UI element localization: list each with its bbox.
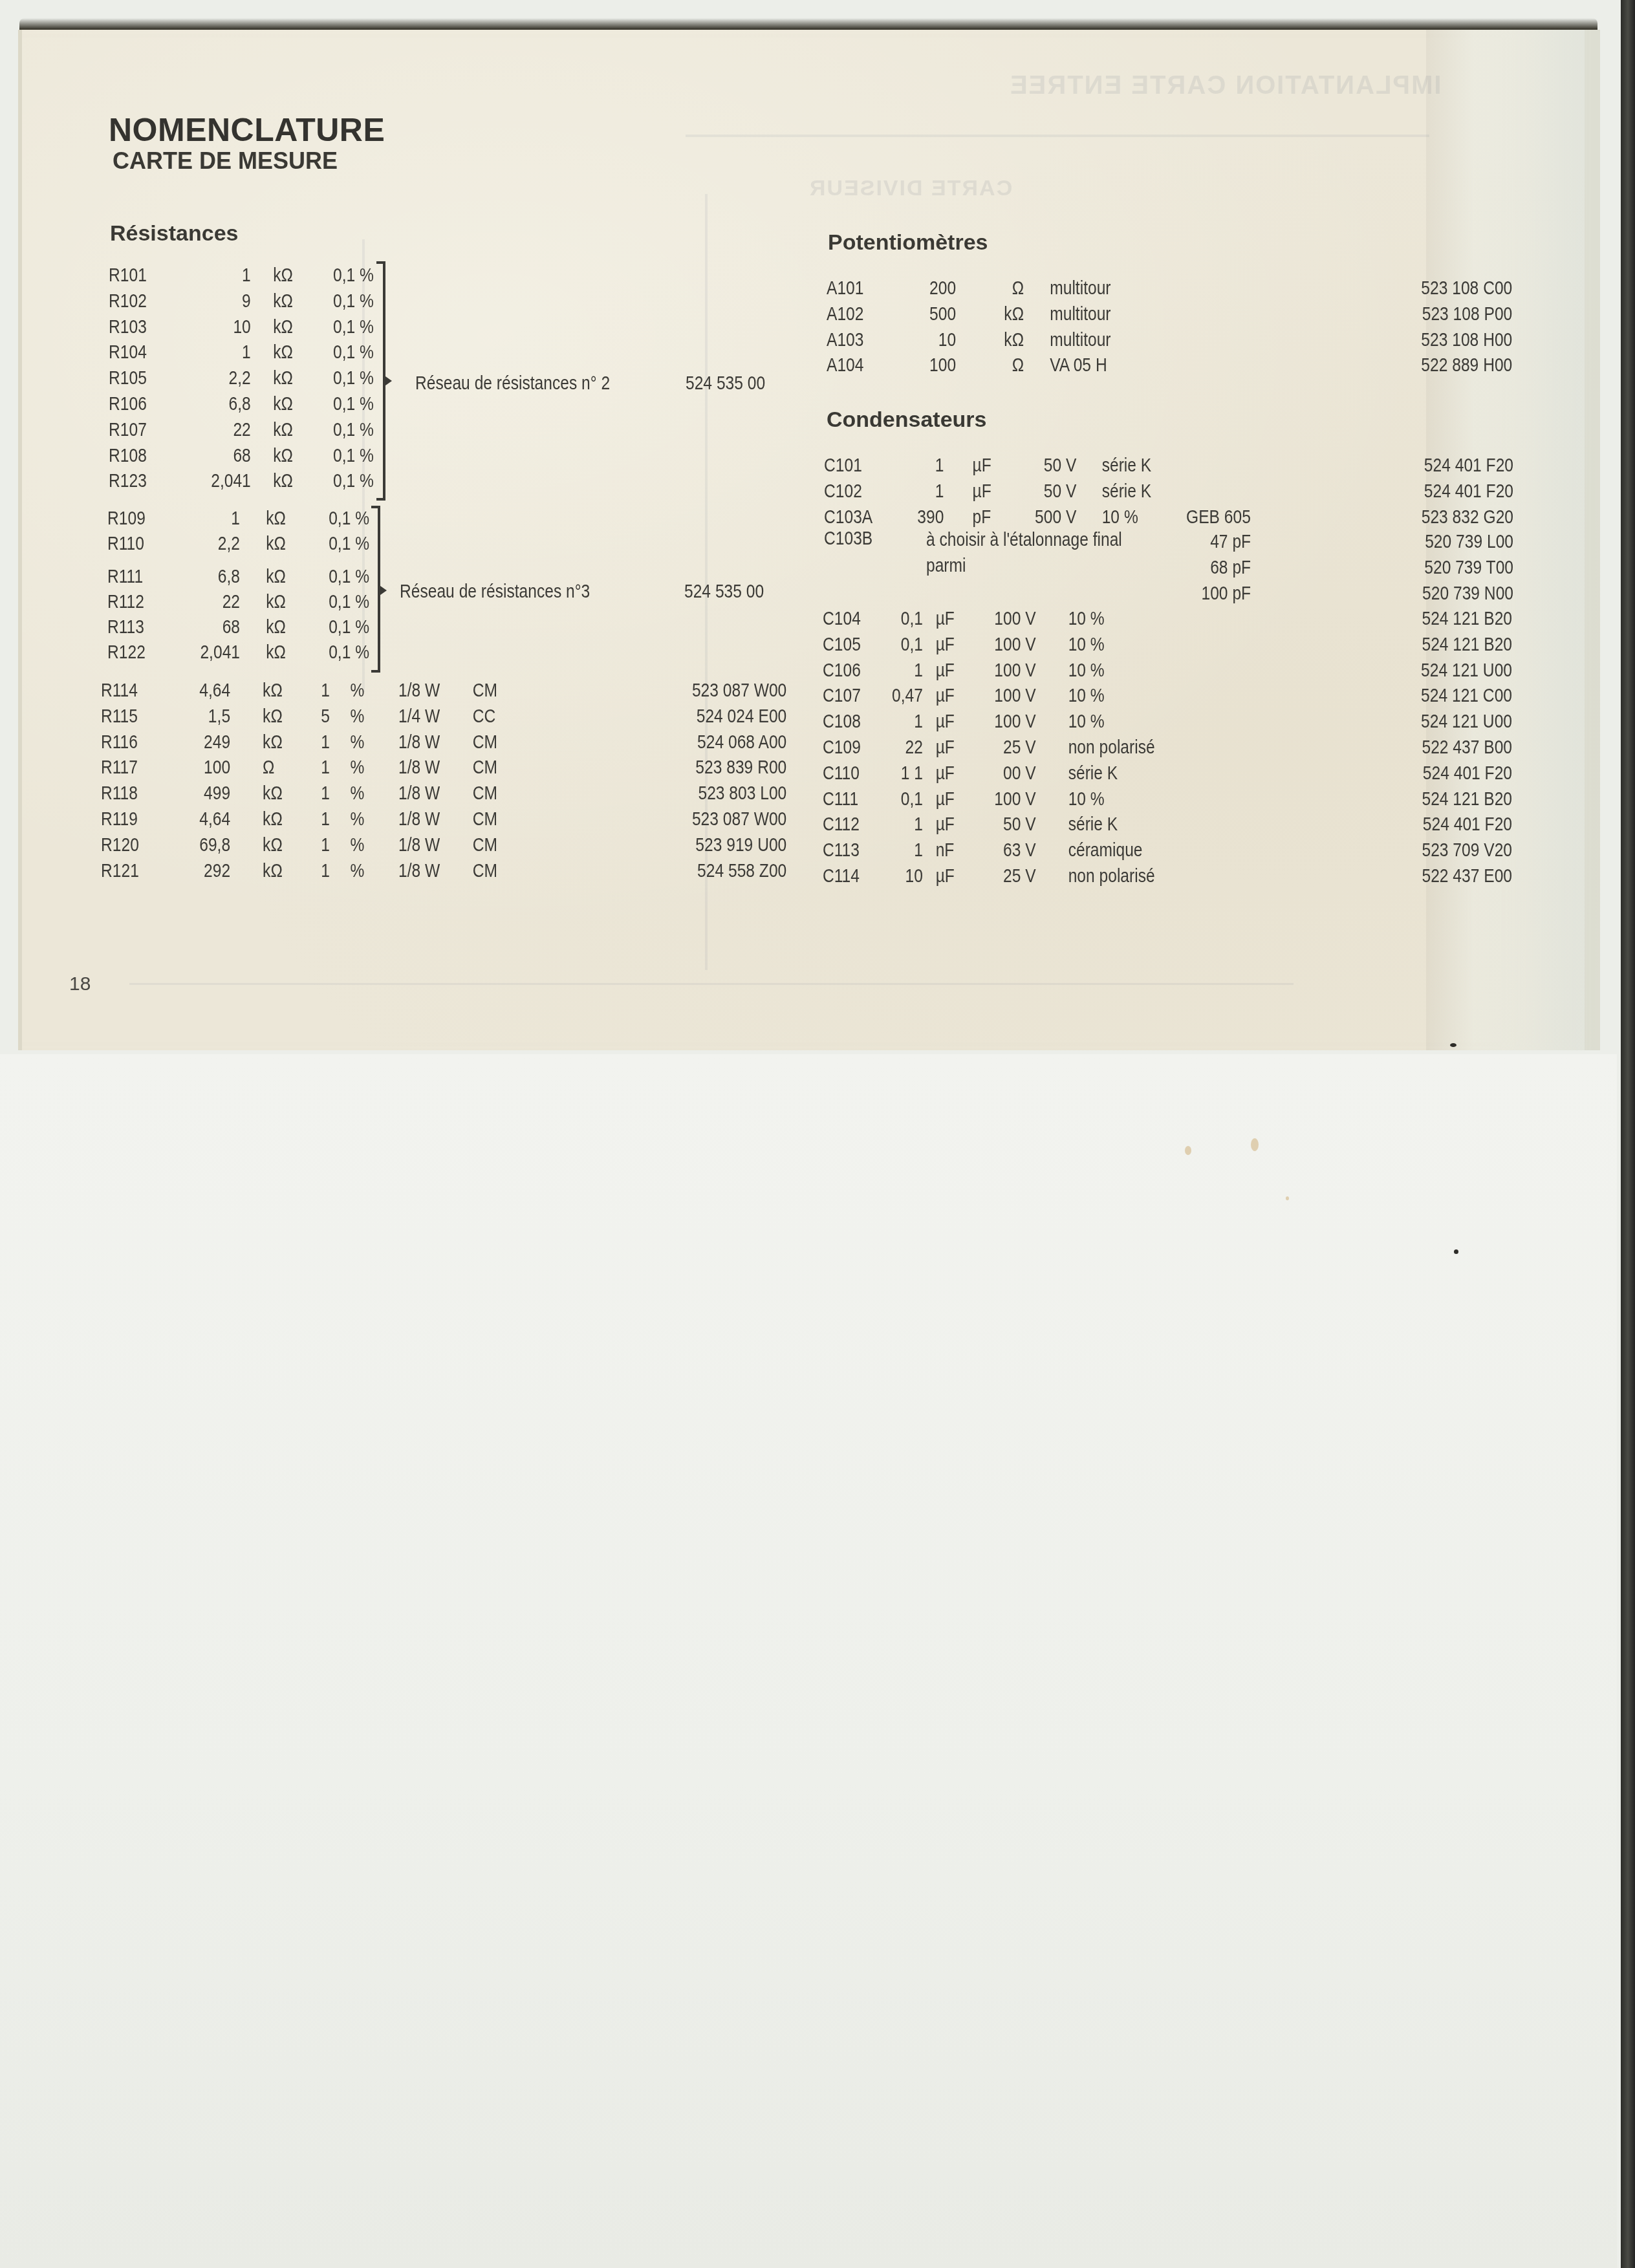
cell-desc: 10 %	[1102, 505, 1138, 530]
cell-tol: 1	[321, 755, 330, 780]
cell-value: 22	[155, 418, 251, 442]
table-row: R1222,041kΩ0,1 %	[107, 640, 744, 665]
cell-tol: 0,1 %	[322, 590, 369, 614]
table-row: C10922µF25 Vnon polarisé522 437 B00	[823, 735, 1459, 760]
table-row: R1144,64kΩ1%1/8 WCM523 087 W00	[101, 678, 737, 703]
cell-value: 68	[146, 615, 240, 640]
table-row: R1232,041kΩ0,1 %	[109, 469, 745, 493]
show-through-line	[686, 135, 1429, 137]
cell-tol: 5	[321, 704, 330, 729]
cell-value: 1	[155, 263, 251, 288]
cell-tol: 0,1 %	[329, 315, 374, 340]
cell-unit: kΩ	[273, 444, 293, 468]
cell-desc: multitour	[1050, 302, 1110, 327]
table-row: C1081µF100 V10 %524 121 U00	[823, 709, 1459, 734]
cell-value: 1	[155, 340, 251, 365]
cell-value: 1	[850, 453, 944, 478]
cell-pct: %	[350, 704, 364, 729]
cell-ref: A103	[827, 328, 863, 352]
cell-unit: kΩ	[263, 859, 283, 883]
cell-voltage: 100 V	[965, 607, 1036, 631]
cell-unit: µF	[973, 453, 991, 478]
cell-unit: µF	[936, 709, 955, 734]
section-heading-resistances: Résistances	[110, 221, 238, 246]
cell-power: 1/8 W	[398, 730, 440, 755]
bracket-pointer-icon	[380, 586, 387, 595]
cell-voltage: 100 V	[965, 658, 1036, 683]
cell-ref: R105	[109, 366, 147, 391]
backing-sheet	[0, 1054, 1617, 2268]
cell-code: 523 108 P00	[1409, 302, 1512, 327]
cell-desc: céramique	[1068, 838, 1143, 863]
cell-tol: 0,1 %	[329, 340, 374, 365]
cell-code: 523 108 C00	[1409, 276, 1512, 301]
cell-type: CC	[473, 704, 496, 729]
cell-ref: A104	[827, 353, 863, 378]
table-row: R1151,5kΩ5%1/4 WCC524 024 E00	[101, 704, 737, 729]
cell-desc: VA 05 H	[1050, 353, 1107, 378]
cell-type: CM	[473, 781, 497, 806]
table-row: R1041kΩ0,1 %	[109, 340, 745, 365]
cell-desc: série K	[1102, 453, 1152, 478]
cell-unit: kΩ	[263, 678, 283, 703]
cell-desc: 10 %	[1068, 658, 1105, 683]
cell-ref: R123	[109, 469, 147, 493]
bracket-network-3	[371, 506, 380, 673]
cell-desc: 10 %	[1068, 709, 1105, 734]
scan-speck	[1450, 1043, 1456, 1047]
cell-desc: multitour	[1050, 276, 1110, 301]
cell-desc: 10 %	[1068, 607, 1105, 631]
cell-code: 523 087 W00	[683, 807, 786, 832]
cell-code: 524 401 F20	[1405, 812, 1512, 837]
cell-unit: µF	[936, 632, 955, 657]
table-row: A102500kΩmultitour523 108 P00	[827, 302, 1463, 327]
cell-code: 522 889 H00	[1409, 353, 1512, 378]
cell-code: 523 087 W00	[683, 678, 786, 703]
bracket-pointer-icon	[385, 376, 392, 385]
cell-value: 499	[127, 781, 230, 806]
cell-code: 524 121 B20	[1405, 632, 1512, 657]
cell-desc: série K	[1068, 812, 1118, 837]
table-row: R10722kΩ0,1 %	[109, 418, 745, 442]
cell-unit: kΩ	[273, 392, 293, 416]
cell-ref: R104	[109, 340, 147, 365]
table-row: R117100Ω1%1/8 WCM523 839 R00	[101, 755, 737, 780]
table-row: R1091kΩ0,1 %	[107, 506, 744, 531]
cell-tol: 0,1 %	[329, 366, 374, 391]
cell-value: 0,1	[849, 787, 923, 812]
table-row: R1102,2kΩ0,1 %	[107, 532, 744, 556]
cell-code: 524 121 B20	[1405, 787, 1512, 812]
cell-desc: non polarisé	[1068, 735, 1155, 760]
cell-unit: µF	[936, 684, 955, 708]
cell-value: 0,1	[849, 607, 923, 631]
section-heading-condensateurs: Condensateurs	[827, 407, 987, 433]
cell-ref: R122	[107, 640, 146, 665]
cell-voltage: 00 V	[965, 761, 1036, 786]
cell-code: 524 121 U00	[1405, 709, 1512, 734]
table-row: C1110,1µF100 V10 %524 121 B20	[823, 787, 1459, 812]
cell-desc: 10 %	[1068, 684, 1105, 708]
table-row: C103A390pF500 V10 %GEB 605523 832 G20	[824, 505, 1460, 530]
cell-ref: R102	[109, 289, 147, 314]
scan-speck	[1454, 1249, 1458, 1254]
section-heading-potentiometres: Potentiomètres	[828, 230, 988, 255]
table-row: C1070,47µF100 V10 %524 121 C00	[823, 684, 1459, 708]
cell-value: 69,8	[127, 833, 230, 858]
cell-tol: 0,1 %	[322, 532, 369, 556]
cell-value: 10	[849, 864, 923, 889]
cell-ref: R112	[107, 590, 144, 614]
cell-type: CM	[473, 755, 497, 780]
cell-value: 1	[849, 838, 923, 863]
network-2-label: Réseau de résistances n° 2	[415, 373, 610, 394]
cell-power: 1/8 W	[398, 755, 440, 780]
cell-code: 524 558 Z00	[683, 859, 786, 883]
cell-desc: non polarisé	[1068, 864, 1155, 889]
cell-value: 2,041	[155, 469, 251, 493]
network-2-code: 524 535 00	[686, 373, 765, 394]
table-row: C11410µF25 Vnon polarisé522 437 E00	[823, 864, 1459, 889]
cell-value: 1 1	[849, 761, 923, 786]
table-row: A101200Ωmultitour523 108 C00	[827, 276, 1463, 301]
cell-value: 6,8	[155, 392, 251, 416]
table-row: R121292kΩ1%1/8 WCM524 558 Z00	[101, 859, 737, 883]
cell-code: 524 024 E00	[683, 704, 786, 729]
cell-tol: 0,1 %	[322, 565, 369, 589]
cell-ref: R111	[107, 565, 143, 589]
table-row: C1011µF50 Vsérie K524 401 F20	[824, 453, 1460, 478]
cell-value: 1	[849, 812, 923, 837]
cell-ref: R109	[107, 506, 146, 531]
table-row: R1066,8kΩ0,1 %	[109, 392, 745, 416]
table-row: R10868kΩ0,1 %	[109, 444, 745, 468]
cell-code: 520 739 L00	[1406, 530, 1513, 554]
cell-desc: 10 %	[1068, 632, 1105, 657]
table-row: C1040,1µF100 V10 %524 121 B20	[823, 607, 1459, 631]
cell-ref: R108	[109, 444, 147, 468]
cell-code: 524 401 F20	[1406, 479, 1513, 504]
cell-voltage: 100 V	[965, 632, 1036, 657]
cell-unit: Ω	[995, 353, 1024, 378]
show-through-line	[129, 983, 1294, 985]
cell-code: 524 121 U00	[1405, 658, 1512, 683]
cell-value: 1	[849, 658, 923, 683]
cell-value: 4,64	[127, 807, 230, 832]
table-row: C1050,1µF100 V10 %524 121 B20	[823, 632, 1459, 657]
cell-code: 522 437 B00	[1405, 735, 1512, 760]
c103b-option-row: 47 pF520 739 L00	[824, 530, 1460, 554]
cell-unit: kΩ	[263, 781, 283, 806]
cell-unit: kΩ	[995, 302, 1024, 327]
cell-voltage: 25 V	[965, 735, 1036, 760]
cell-power: 1/8 W	[398, 859, 440, 883]
table-row: R1011kΩ0,1 %	[109, 263, 745, 288]
cell-unit: kΩ	[273, 418, 293, 442]
cell-type: CM	[473, 833, 497, 858]
cell-value: 68	[155, 444, 251, 468]
cell-power: 1/8 W	[398, 678, 440, 703]
cell-type: CM	[473, 807, 497, 832]
cell-voltage: 25 V	[965, 864, 1036, 889]
cell-unit: Ω	[263, 755, 274, 780]
cell-code: 524 121 C00	[1405, 684, 1512, 708]
cell-code: 520 739 T00	[1406, 556, 1513, 580]
cell-pct: %	[350, 678, 364, 703]
cell-tol: 0,1 %	[322, 640, 369, 665]
cell-code: 524 401 F20	[1405, 761, 1512, 786]
cell-value: 1	[146, 506, 240, 531]
c103b-option-row: 100 pF520 739 N00	[824, 581, 1460, 606]
cell-code: 522 437 E00	[1405, 864, 1512, 889]
cell-desc: multitour	[1050, 328, 1110, 352]
cell-tol: 0,1 %	[322, 506, 369, 531]
cell-voltage: 50 V	[1008, 479, 1076, 504]
table-row: C1021µF50 Vsérie K524 401 F20	[824, 479, 1460, 504]
cell-unit: kΩ	[263, 807, 283, 832]
cell-code: 523 709 V20	[1405, 838, 1512, 863]
cell-ref: R107	[109, 418, 147, 442]
cell-power: 1/8 W	[398, 833, 440, 858]
cell-value: 1	[849, 709, 923, 734]
show-through-heading: IMPLANTATION CARTE ENTREE	[1009, 71, 1442, 100]
page-title: NOMENCLATURE	[109, 111, 385, 149]
cell-ref: R113	[107, 615, 144, 640]
cell-unit: kΩ	[266, 590, 286, 614]
cell-power: 1/4 W	[398, 704, 440, 729]
cell-ref: R110	[107, 532, 144, 556]
network-3-label: Réseau de résistances n°3	[400, 581, 590, 603]
cell-unit: kΩ	[273, 469, 293, 493]
cell-voltage: 100 V	[965, 684, 1036, 708]
cell-value: 200	[859, 276, 956, 301]
cell-ref: A101	[827, 276, 863, 301]
cell-pct: %	[350, 755, 364, 780]
scan-stain	[1251, 1138, 1259, 1151]
cell-value: 2,041	[146, 640, 240, 665]
cell-value: 0,47	[849, 684, 923, 708]
cell-value: 2,2	[146, 532, 240, 556]
cell-unit: µF	[936, 761, 955, 786]
cell-code: 523 839 R00	[683, 755, 786, 780]
cell-tol: 0,1 %	[329, 444, 374, 468]
cell-power: 1/8 W	[398, 781, 440, 806]
cell-type: CM	[473, 678, 497, 703]
cell-unit: Ω	[995, 276, 1024, 301]
cell-unit: pF	[973, 505, 991, 530]
cell-value: 10	[859, 328, 956, 352]
table-row: R10310kΩ0,1 %	[109, 315, 745, 340]
cell-value: 100 pF	[1134, 581, 1251, 606]
table-row: C1131nF63 Vcéramique523 709 V20	[823, 838, 1459, 863]
cell-unit: µF	[936, 735, 955, 760]
cell-value: 292	[127, 859, 230, 883]
cell-unit: kΩ	[273, 340, 293, 365]
cell-tol: 1	[321, 730, 330, 755]
cell-tol: 0,1 %	[329, 418, 374, 442]
cell-code: 520 739 N00	[1406, 581, 1513, 606]
cell-code: 523 919 U00	[683, 833, 786, 858]
cell-voltage: 100 V	[965, 787, 1036, 812]
cell-unit: kΩ	[273, 289, 293, 314]
cell-value: 10	[155, 315, 251, 340]
cell-unit: µF	[936, 658, 955, 683]
cell-value: 2,2	[155, 366, 251, 391]
table-row: A10310kΩmultitour523 108 H00	[827, 328, 1463, 352]
cell-value: 68 pF	[1134, 556, 1251, 580]
cell-code: 524 401 F20	[1406, 453, 1513, 478]
cell-desc: série K	[1068, 761, 1118, 786]
bracket-network-2	[376, 261, 385, 501]
cell-unit: kΩ	[995, 328, 1024, 352]
scanner-edge	[1621, 0, 1635, 2268]
cell-unit: kΩ	[273, 366, 293, 391]
cell-tol: 1	[321, 833, 330, 858]
cell-unit: kΩ	[273, 263, 293, 288]
table-row: R118499kΩ1%1/8 WCM523 803 L00	[101, 781, 737, 806]
cell-voltage: 50 V	[965, 812, 1036, 837]
cell-tol: 1	[321, 859, 330, 883]
cell-value: 249	[127, 730, 230, 755]
cell-tol: 1	[321, 781, 330, 806]
cell-tol: 1	[321, 678, 330, 703]
table-row: C1121µF50 Vsérie K524 401 F20	[823, 812, 1459, 837]
cell-ref: R103	[109, 315, 147, 340]
table-row: R116249kΩ1%1/8 WCM524 068 A00	[101, 730, 737, 755]
cell-value: 1	[850, 479, 944, 504]
page-number: 18	[69, 973, 91, 995]
table-row: R1029kΩ0,1 %	[109, 289, 745, 314]
cell-power: 1/8 W	[398, 807, 440, 832]
scan-stain	[1185, 1146, 1191, 1155]
cell-extra: GEB 605	[1186, 505, 1251, 530]
cell-value: 0,1	[849, 632, 923, 657]
cell-unit: kΩ	[263, 730, 283, 755]
cell-ref: A102	[827, 302, 863, 327]
cell-value: 6,8	[146, 565, 240, 589]
cell-code: 523 832 G20	[1406, 505, 1513, 530]
cell-voltage: 50 V	[1008, 453, 1076, 478]
c103b-option-row: 68 pF520 739 T00	[824, 556, 1460, 580]
network-3-code: 524 535 00	[684, 581, 764, 603]
cell-pct: %	[350, 730, 364, 755]
cell-value: 22	[849, 735, 923, 760]
cell-tol: 0,1 %	[329, 263, 374, 288]
cell-unit: kΩ	[266, 565, 286, 589]
cell-unit: kΩ	[266, 506, 286, 531]
cell-value: 4,64	[127, 678, 230, 703]
scan-stain	[1286, 1196, 1289, 1200]
cell-unit: kΩ	[266, 615, 286, 640]
cell-value: 390	[850, 505, 944, 530]
page-subtitle: CARTE DE MESURE	[113, 147, 338, 175]
cell-unit: µF	[936, 607, 955, 631]
cell-ref: R106	[109, 392, 147, 416]
cell-value: 22	[146, 590, 240, 614]
cell-voltage: 100 V	[965, 709, 1036, 734]
cell-ref: R101	[109, 263, 147, 288]
cell-unit: µF	[936, 787, 955, 812]
table-row: A104100ΩVA 05 H522 889 H00	[827, 353, 1463, 378]
cell-pct: %	[350, 807, 364, 832]
cell-code: 523 803 L00	[683, 781, 786, 806]
cell-voltage: 63 V	[965, 838, 1036, 863]
cell-unit: kΩ	[263, 704, 283, 729]
cell-unit: µF	[936, 812, 955, 837]
cell-tol: 0,1 %	[322, 615, 369, 640]
cell-voltage: 500 V	[1008, 505, 1076, 530]
cell-tol: 0,1 %	[329, 469, 374, 493]
cell-code: 523 108 H00	[1409, 328, 1512, 352]
cell-unit: nF	[936, 838, 955, 863]
cell-unit: kΩ	[266, 640, 286, 665]
cell-unit: kΩ	[266, 532, 286, 556]
cell-desc: 10 %	[1068, 787, 1105, 812]
cell-tol: 0,1 %	[329, 289, 374, 314]
cell-value: 100	[859, 353, 956, 378]
cell-value: 100	[127, 755, 230, 780]
cell-code: 524 068 A00	[683, 730, 786, 755]
cell-unit: µF	[936, 864, 955, 889]
cell-code: 524 121 B20	[1405, 607, 1512, 631]
cell-unit: kΩ	[273, 315, 293, 340]
cell-pct: %	[350, 859, 364, 883]
table-row: R11368kΩ0,1 %	[107, 615, 744, 640]
cell-value: 1,5	[127, 704, 230, 729]
table-row: R12069,8kΩ1%1/8 WCM523 919 U00	[101, 833, 737, 858]
show-through-caption: CARTE DIVISEUR	[808, 176, 1012, 201]
cell-value: 500	[859, 302, 956, 327]
cell-value: 47 pF	[1134, 530, 1251, 554]
cell-tol: 0,1 %	[329, 392, 374, 416]
cell-type: CM	[473, 859, 497, 883]
cell-desc: série K	[1102, 479, 1152, 504]
table-row: C1101 1µF00 Vsérie K524 401 F20	[823, 761, 1459, 786]
cell-unit: kΩ	[263, 833, 283, 858]
cell-value: 9	[155, 289, 251, 314]
table-row: R1194,64kΩ1%1/8 WCM523 087 W00	[101, 807, 737, 832]
cell-type: CM	[473, 730, 497, 755]
table-row: C1061µF100 V10 %524 121 U00	[823, 658, 1459, 683]
cell-pct: %	[350, 833, 364, 858]
cell-unit: µF	[973, 479, 991, 504]
cell-tol: 1	[321, 807, 330, 832]
cell-pct: %	[350, 781, 364, 806]
